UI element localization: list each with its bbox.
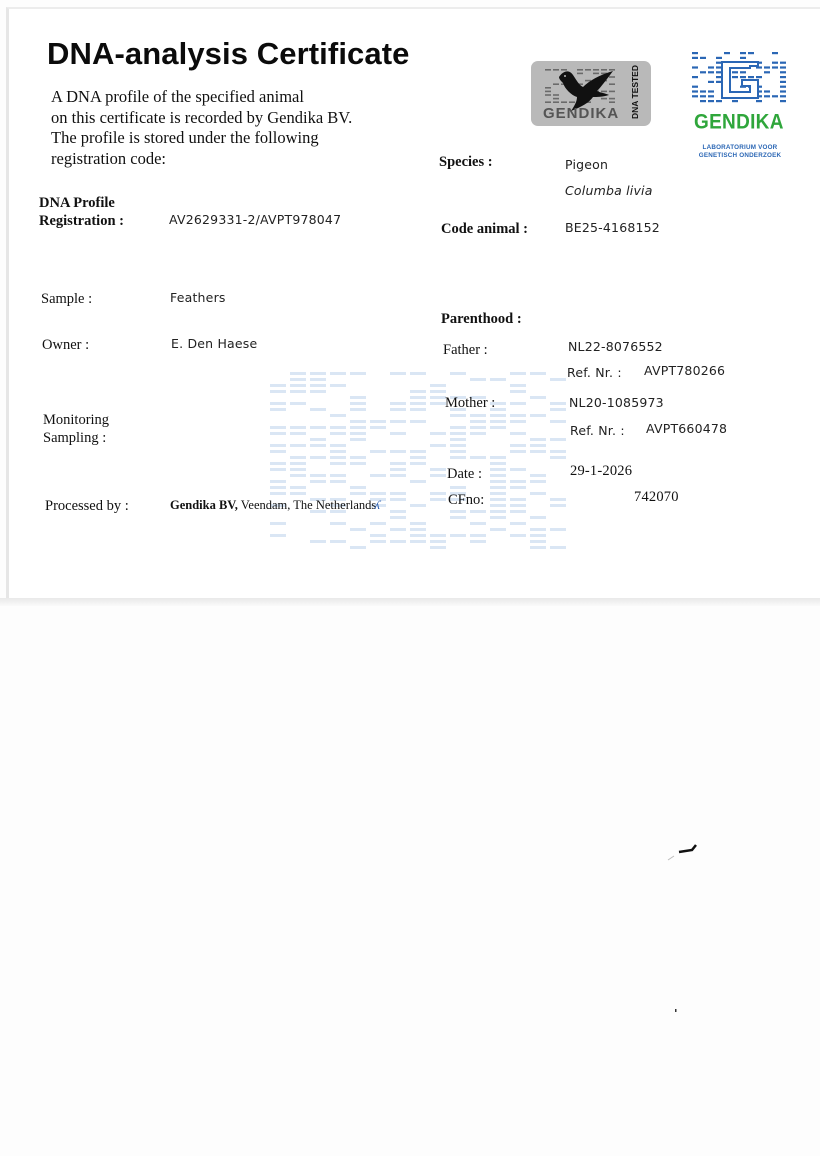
monitoring-label-line1: Monitoring <box>43 412 109 429</box>
registration-value: AV2629331-2/AVPT978047 <box>169 212 341 227</box>
card-bottom-edge <box>0 598 820 606</box>
sample-value: Feathers <box>170 290 226 305</box>
sticker-brand: GENDIKA <box>543 105 619 122</box>
parenthood-label: Parenthood : <box>441 311 522 328</box>
sample-label: Sample : <box>41 291 92 308</box>
mother-label: Mother : <box>445 395 495 412</box>
cfno-value: 742070 <box>634 489 679 506</box>
date-label: Date : <box>447 466 482 483</box>
processed-by-location: Veendam, The Netherlands <box>238 498 376 512</box>
intro-line: A DNA profile of the specified animal <box>51 87 411 108</box>
logo-subtitle: LABORATORIUM VOOR GENETISCH ONDERZOEK <box>694 144 786 160</box>
intro-text: A DNA profile of the specified animal on… <box>51 87 411 169</box>
dna-tested-sticker: GENDIKA DNA TESTED <box>531 61 651 126</box>
logo-name: GENDIKA <box>694 111 784 135</box>
gendika-logo: GENDIKA LABORATORIUM VOOR GENETISCH ONDE… <box>690 52 790 164</box>
mother-ring: NL20-1085973 <box>569 395 664 410</box>
owner-value: E. Den Haese <box>171 336 257 351</box>
intro-line: The profile is stored under the followin… <box>51 128 411 149</box>
monitoring-label-line2: Sampling : <box>43 430 106 447</box>
mother-ref-label: Ref. Nr. : <box>570 423 625 438</box>
registration-label-line1: DNA Profile <box>39 195 115 212</box>
logo-subtitle-line: LABORATORIUM VOOR <box>694 144 786 152</box>
species-common-name: Pigeon <box>565 157 608 172</box>
father-ring: NL22-8076552 <box>568 339 663 354</box>
dna-bars-g-icon <box>692 52 788 108</box>
species-label: Species : <box>439 154 493 171</box>
page-title: DNA-analysis Certificate <box>47 36 409 72</box>
intro-line: registration code: <box>51 149 411 170</box>
mother-ref-value: AVPT660478 <box>646 421 727 436</box>
signature-mark: ʎ <box>374 497 380 512</box>
father-ref-label: Ref. Nr. : <box>567 365 622 380</box>
species-latin-name: Columba livia <box>565 183 653 198</box>
dna-bars-watermark-icon <box>270 372 580 552</box>
code-animal-label: Code animal : <box>441 221 528 238</box>
owner-label: Owner : <box>42 337 89 354</box>
cfno-label: CFno: <box>448 492 484 509</box>
code-animal-value: BE25-4168152 <box>565 220 660 235</box>
processed-by-label: Processed by : <box>45 498 129 515</box>
father-label: Father : <box>443 342 488 359</box>
processed-by-value: Gendika BV, Veendam, The Netherlandsʎ <box>170 497 380 513</box>
logo-subtitle-line: GENETISCH ONDERZOEK <box>694 152 786 160</box>
registration-label-line2: Registration : <box>39 213 124 230</box>
intro-line: on this certificate is recorded by Gendi… <box>51 108 411 129</box>
father-ref-value: AVPT780266 <box>644 363 725 378</box>
processed-by-company: Gendika BV, <box>170 498 238 512</box>
scan-speck-dot <box>674 1008 678 1014</box>
sticker-label: DNA TESTED <box>630 65 640 119</box>
scan-speck-mark <box>664 842 698 866</box>
date-value: 29-1-2026 <box>570 463 632 480</box>
